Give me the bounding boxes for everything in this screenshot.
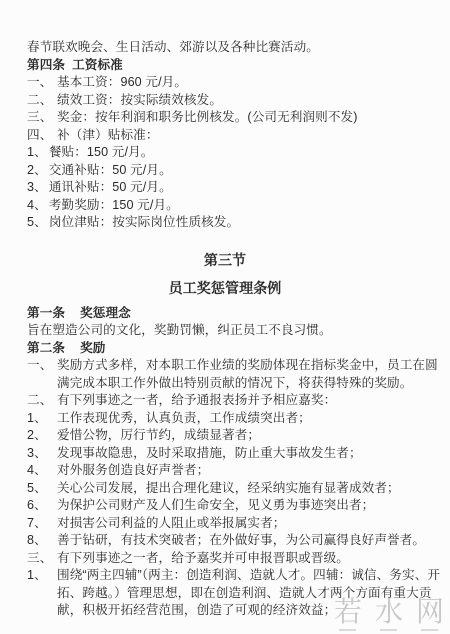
- line-text: 绩效工资：按实际绩效核发。: [57, 92, 446, 110]
- salary-item-subsidy-heading: 四、补（津）贴标准：: [27, 127, 446, 145]
- line-text: 奖励: [80, 341, 105, 355]
- line-text: 奖金：按年利润和职务比例核发。(公司无利润则不发): [57, 109, 446, 127]
- article-2-heading: 第二条奖励: [27, 340, 446, 358]
- line-marker: 三、: [27, 109, 57, 127]
- commendation-item-4: 4、对外服务创造良好声誉者；: [27, 462, 446, 480]
- line-marker: 第四条: [27, 58, 65, 72]
- commendation-item-2: 2、爱惜公物，厉行节约，成绩显著者；: [27, 427, 446, 445]
- article-4-heading: 第四条工资标准: [27, 57, 446, 75]
- subsidy-item-attendance: 4、考勤奖励：150 元/月。: [27, 197, 446, 215]
- line-marker: 5、: [27, 480, 57, 498]
- line-text: 对损害公司利益的人阻止或举报属实者；: [57, 515, 446, 533]
- line-text: 善于钻研，有技术突破者；在外做好事，为公司赢得良好声誉者。: [57, 532, 446, 550]
- line-text: 工作表现优秀，认真负责，工作成绩突出者；: [57, 410, 446, 428]
- commendation-item-3: 3、发现事故隐患，及时采取措施，防止重大事故发生者；: [27, 445, 446, 463]
- watermark-ruoshui: 若水网: [334, 598, 444, 631]
- watermark-subtext-mark: [380, 629, 397, 631]
- line-text: 关心公司发展，提出合理化建议，经采纳实施有显著成效者；: [57, 480, 446, 498]
- watermark-char: 水: [375, 598, 403, 626]
- line-text: 奖惩理念: [80, 306, 131, 320]
- watermark-item: 水: [375, 598, 403, 631]
- line-text: 春节联欢晚会、生日活动、郊游以及各种比赛活动。: [27, 40, 319, 54]
- watermark-char: 若: [334, 598, 362, 626]
- line-marker: 8、: [27, 532, 57, 550]
- watermark-subtext-mark: [339, 629, 356, 631]
- line-text: 为保护公司财产及人们生命安全，见义勇为事迹突出者；: [57, 497, 446, 515]
- line-marker: 2、: [27, 163, 47, 177]
- watermark-subtext-mark: [421, 629, 438, 631]
- line-marker: 四、: [27, 127, 57, 145]
- line-text: 基本工资：960 元/月。: [57, 74, 446, 92]
- subsidy-item-meal: 1、餐贴：150 元/月。: [27, 144, 446, 162]
- reward-clause-2: 二、有下列事迹之一者，给予通报表扬并予相应嘉奖：: [27, 392, 446, 410]
- line-text: 工资标准: [72, 58, 123, 72]
- line-marker: 3、: [27, 180, 47, 194]
- line-marker: 1、: [27, 145, 47, 159]
- document-page: 春节联欢晚会、生日活动、郊游以及各种比赛活动。第四条工资标准一、基本工资：960…: [0, 0, 450, 634]
- line-text: 旨在塑造公司的文化，奖勤罚懒，纠正员工不良习惯。: [27, 323, 332, 337]
- article-1-heading: 第一条奖惩理念: [27, 305, 446, 323]
- line-text: 爱惜公物，厉行节约，成绩显著者；: [57, 427, 446, 445]
- section-3-heading: 第三节: [27, 252, 446, 270]
- line-text: 有下列事迹之一者，给予通报表扬并予相应嘉奖：: [57, 392, 446, 410]
- line-marker: 5、: [27, 215, 47, 229]
- commendation-item-1: 1、工作表现优秀，认真负责，工作成绩突出者；: [27, 410, 446, 428]
- line-text: 交通补贴：50 元/月。: [49, 163, 172, 177]
- line-text: 补（津）贴标准：: [57, 127, 446, 145]
- line-marker: 第二条: [27, 341, 65, 355]
- paragraph-activities: 春节联欢晚会、生日活动、郊游以及各种比赛活动。: [27, 39, 446, 57]
- line-text: 员工奖惩管理条例: [169, 280, 282, 296]
- paragraph-philosophy: 旨在塑造公司的文化，奖勤罚懒，纠正员工不良习惯。: [27, 322, 446, 340]
- subsidy-item-transport: 2、交通补贴：50 元/月。: [27, 162, 446, 180]
- line-marker: 6、: [27, 497, 57, 515]
- line-marker: 7、: [27, 515, 57, 533]
- salary-item-basic: 一、基本工资：960 元/月。: [27, 74, 446, 92]
- line-text: 有下列事迹之一者，给予嘉奖并可申报晋职或晋级。: [57, 550, 446, 568]
- reward-clause-1: 一、奖励方式多样，对本职工作业绩的奖励体现在指标奖金中，员工在圆满完成本职工作外…: [27, 357, 446, 392]
- line-text: 餐贴：150 元/月。: [49, 145, 154, 159]
- line-marker: 三、: [27, 550, 57, 568]
- subsidy-item-communication: 3、通讯补贴：50 元/月。: [27, 179, 446, 197]
- salary-item-bonus: 三、奖金：按年利润和职务比例核发。(公司无利润则不发): [27, 109, 446, 127]
- chapter-title: 员工奖惩管理条例: [27, 280, 446, 298]
- line-marker: 1、: [27, 567, 57, 620]
- line-marker: 2、: [27, 427, 57, 445]
- watermark-char: 网: [416, 598, 444, 626]
- line-marker: 1、: [27, 410, 57, 428]
- line-marker: 二、: [27, 392, 57, 410]
- watermark-item: 若: [334, 598, 362, 631]
- line-marker: 一、: [27, 357, 57, 392]
- line-marker: 4、: [27, 198, 47, 212]
- reward-clause-3: 三、有下列事迹之一者，给予嘉奖并可申报晋职或晋级。: [27, 550, 446, 568]
- line-marker: 第一条: [27, 306, 65, 320]
- line-text: 第三节: [204, 252, 246, 268]
- commendation-item-7: 7、对损害公司利益的人阻止或举报属实者；: [27, 515, 446, 533]
- line-text: 考勤奖励：150 元/月。: [49, 198, 179, 212]
- line-marker: 3、: [27, 445, 57, 463]
- commendation-item-5: 5、关心公司发展，提出合理化建议，经采纳实施有显著成效者；: [27, 480, 446, 498]
- line-text: 通讯补贴：50 元/月。: [49, 180, 172, 194]
- line-marker: 4、: [27, 462, 57, 480]
- line-marker: 二、: [27, 92, 57, 110]
- salary-item-performance: 二、绩效工资：按实际绩效核发。: [27, 92, 446, 110]
- line-text: 对外服务创造良好声誉者；: [57, 462, 446, 480]
- line-marker: 一、: [27, 74, 57, 92]
- line-text: 发现事故隐患，及时采取措施，防止重大事故发生者；: [57, 445, 446, 463]
- commendation-item-8: 8、善于钻研，有技术突破者；在外做好事，为公司赢得良好声誉者。: [27, 532, 446, 550]
- commendation-item-6: 6、为保护公司财产及人们生命安全，见义勇为事迹突出者；: [27, 497, 446, 515]
- line-text: 奖励方式多样，对本职工作业绩的奖励体现在指标奖金中，员工在圆满完成本职工作外做出…: [57, 357, 446, 392]
- subsidy-item-post: 5、岗位津贴：按实际岗位性质核发。: [27, 214, 446, 232]
- document-body: 春节联欢晚会、生日活动、郊游以及各种比赛活动。第四条工资标准一、基本工资：960…: [27, 39, 446, 620]
- watermark-item: 网: [416, 598, 444, 631]
- line-text: 岗位津贴：按实际岗位性质核发。: [49, 215, 239, 229]
